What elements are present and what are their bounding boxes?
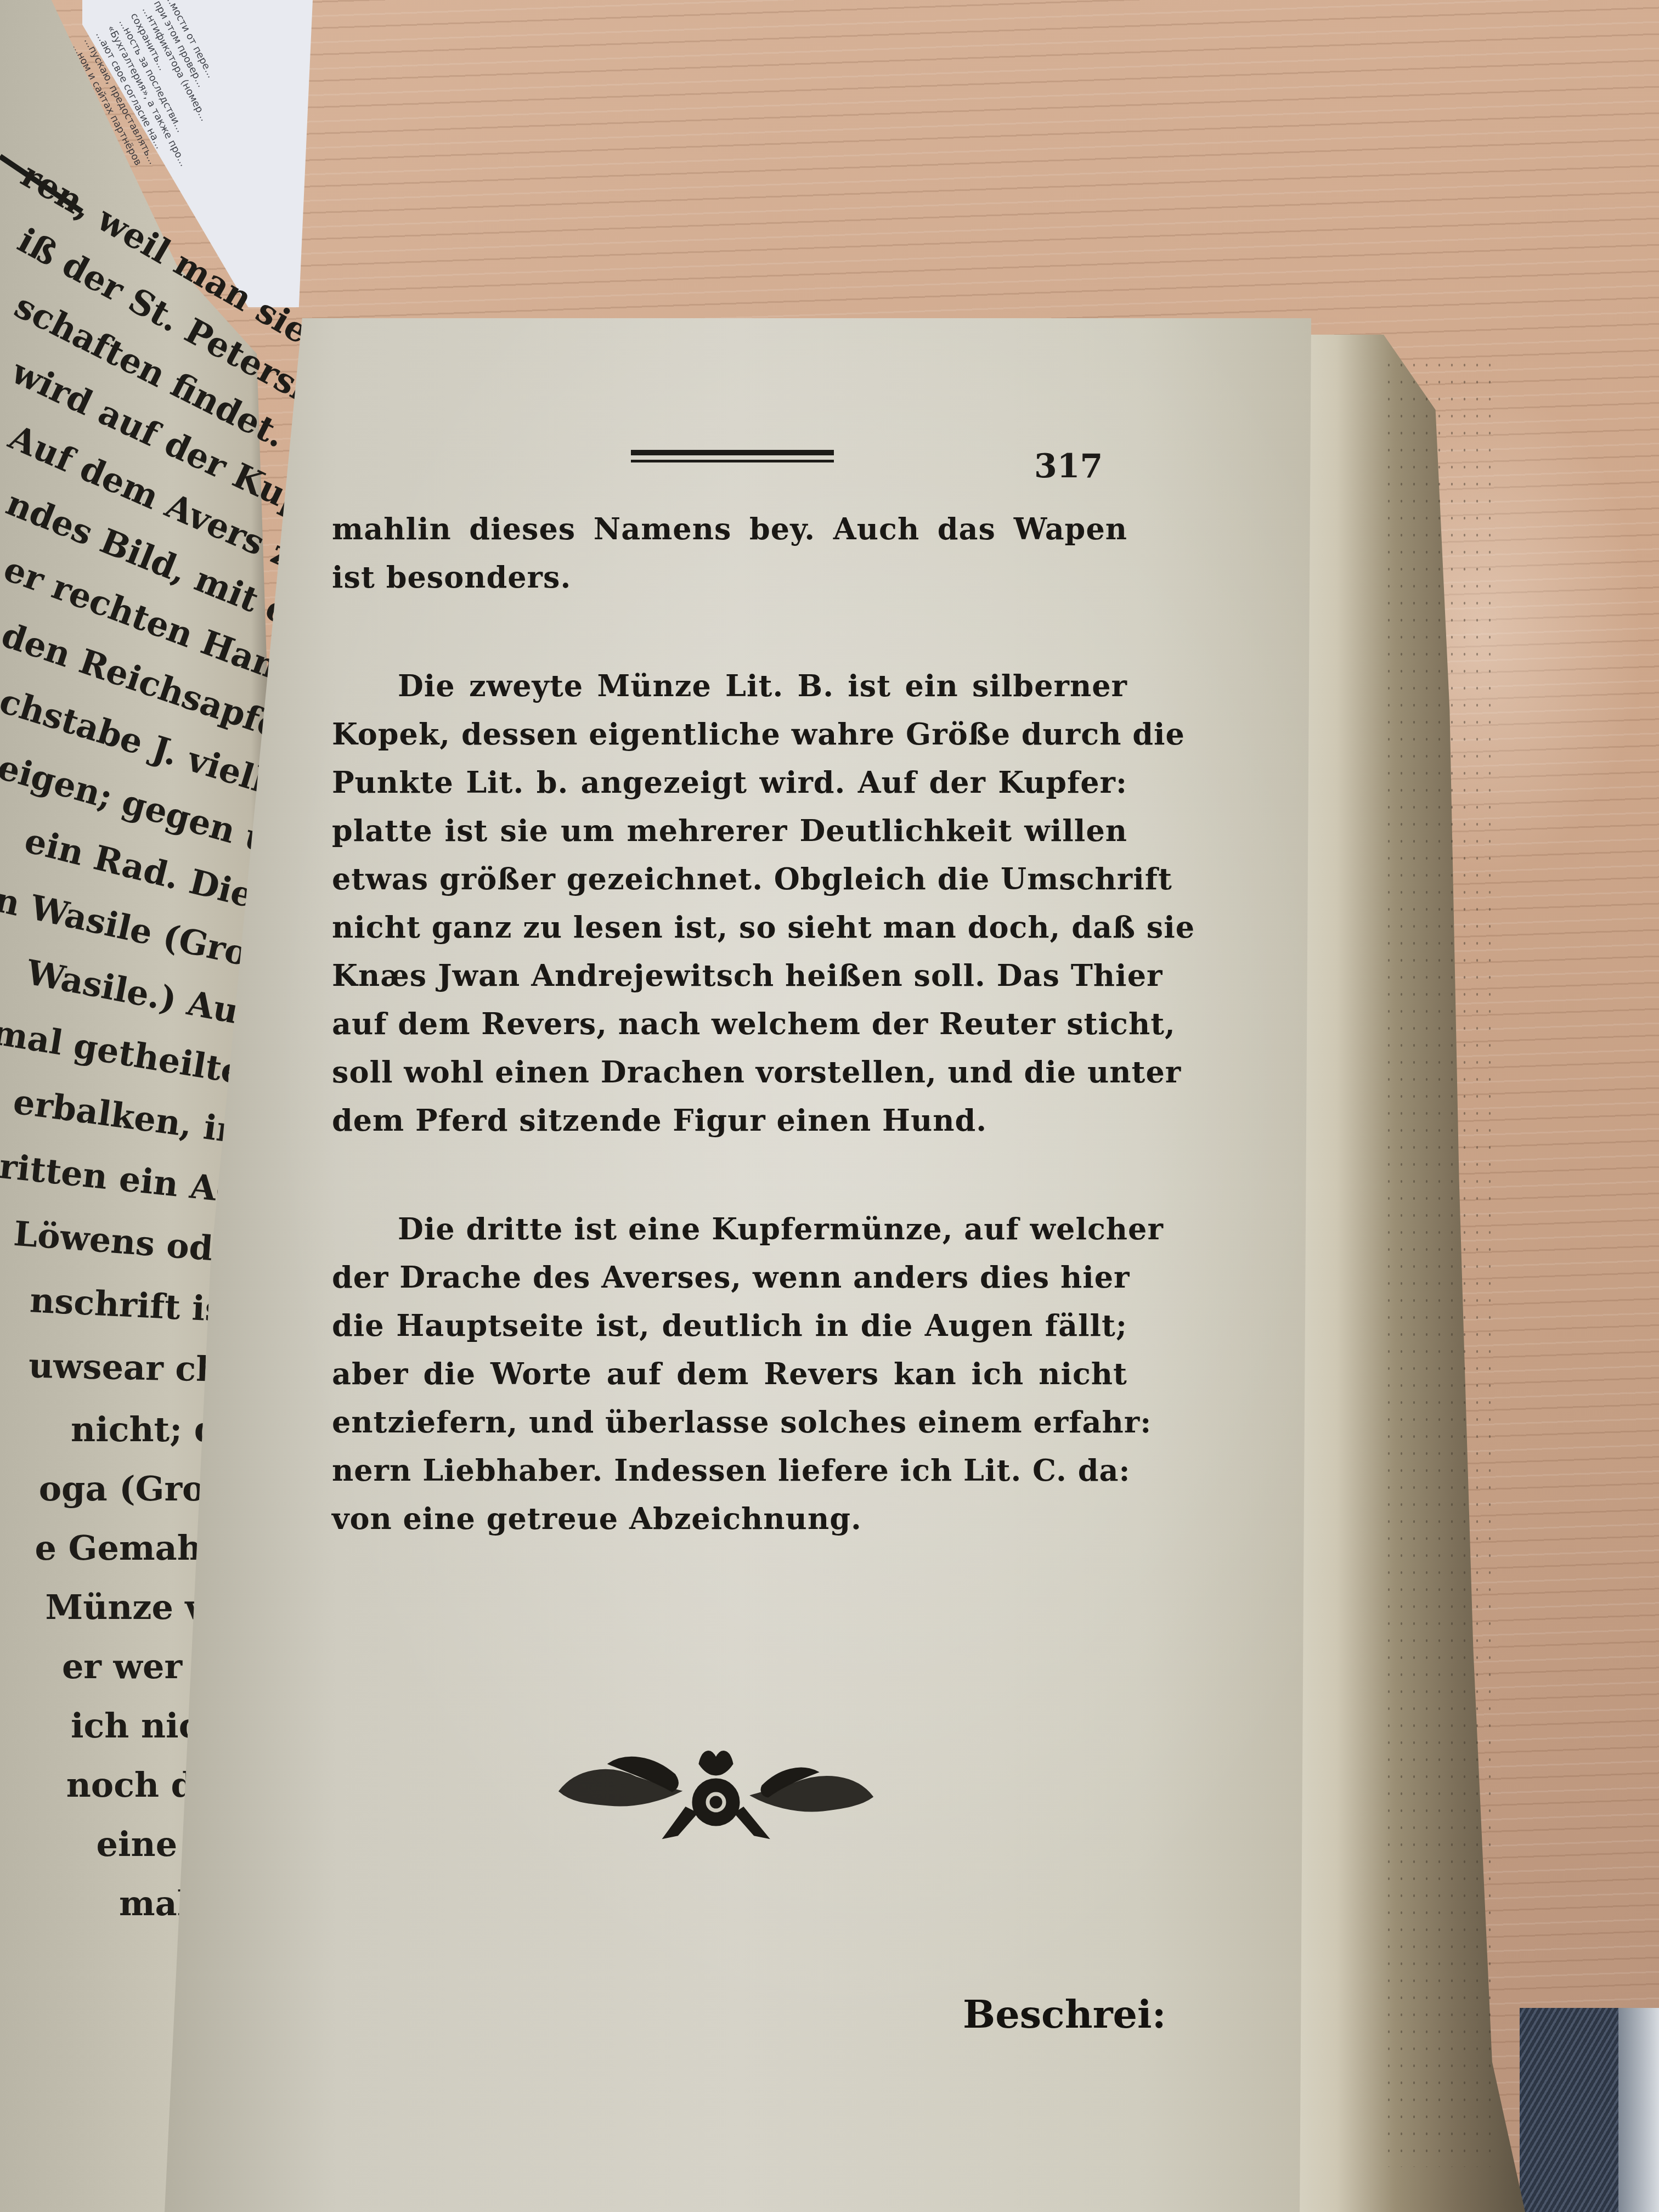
- text-line: Knæs Jwan Andrejewitsch heißen soll. Das…: [332, 951, 1127, 1000]
- background-light: [1618, 2008, 1659, 2212]
- text-line: soll wohl einen Drachen vorstellen, und …: [332, 1048, 1127, 1096]
- text-line: Die zweyte Münze Lit. B. ist ein silbern…: [332, 662, 1127, 710]
- text-line: Punkte Lit. b. angezeigt wird. Auf der K…: [332, 758, 1127, 806]
- text-line: platte ist sie um mehrerer Deutlichkeit …: [332, 806, 1127, 855]
- text-line: der Drache des Averses, wenn anders dies…: [332, 1253, 1127, 1301]
- text-line: mahlin dieses Namens bey. Auch das Wapen: [332, 505, 1127, 553]
- text-line: Die dritte ist eine Kupfermünze, auf wel…: [332, 1205, 1127, 1253]
- text-line: die Hauptseite ist, deutlich in die Auge…: [332, 1301, 1127, 1350]
- text-line: etwas größer gezeichnet. Obgleich die Um…: [332, 855, 1127, 903]
- text-line: aber die Worte auf dem Revers kan ich ni…: [332, 1350, 1127, 1398]
- foxing-speckles: [1383, 357, 1492, 2167]
- text-line: auf dem Revers, nach welchem der Reuter …: [332, 1000, 1127, 1048]
- text-line: nern Liebhaber. Indessen liefere ich Lit…: [332, 1446, 1127, 1494]
- catchword: Beschrei:: [963, 1991, 1166, 2037]
- text-line: von eine getreue Abzeichnung.: [332, 1494, 1127, 1543]
- page-number: 317: [1034, 447, 1103, 486]
- paragraph-gap: [332, 1144, 1127, 1205]
- text-line: dem Pferd sitzende Figur einen Hund.: [332, 1096, 1127, 1144]
- text-line: ist besonders.: [332, 553, 1127, 601]
- text-line: Kopek, dessen eigentliche wahre Größe du…: [332, 710, 1127, 758]
- header-double-rule: [631, 450, 834, 462]
- page-body: mahlin dieses Namens bey. Auch das Wapen…: [332, 505, 1127, 1543]
- floral-vignette-icon: [543, 1731, 889, 1841]
- paragraph-gap: [332, 601, 1127, 662]
- text-line: nicht ganz zu lesen ist, so sieht man do…: [332, 903, 1127, 951]
- text-line: entziefern, und überlasse solches einem …: [332, 1398, 1127, 1446]
